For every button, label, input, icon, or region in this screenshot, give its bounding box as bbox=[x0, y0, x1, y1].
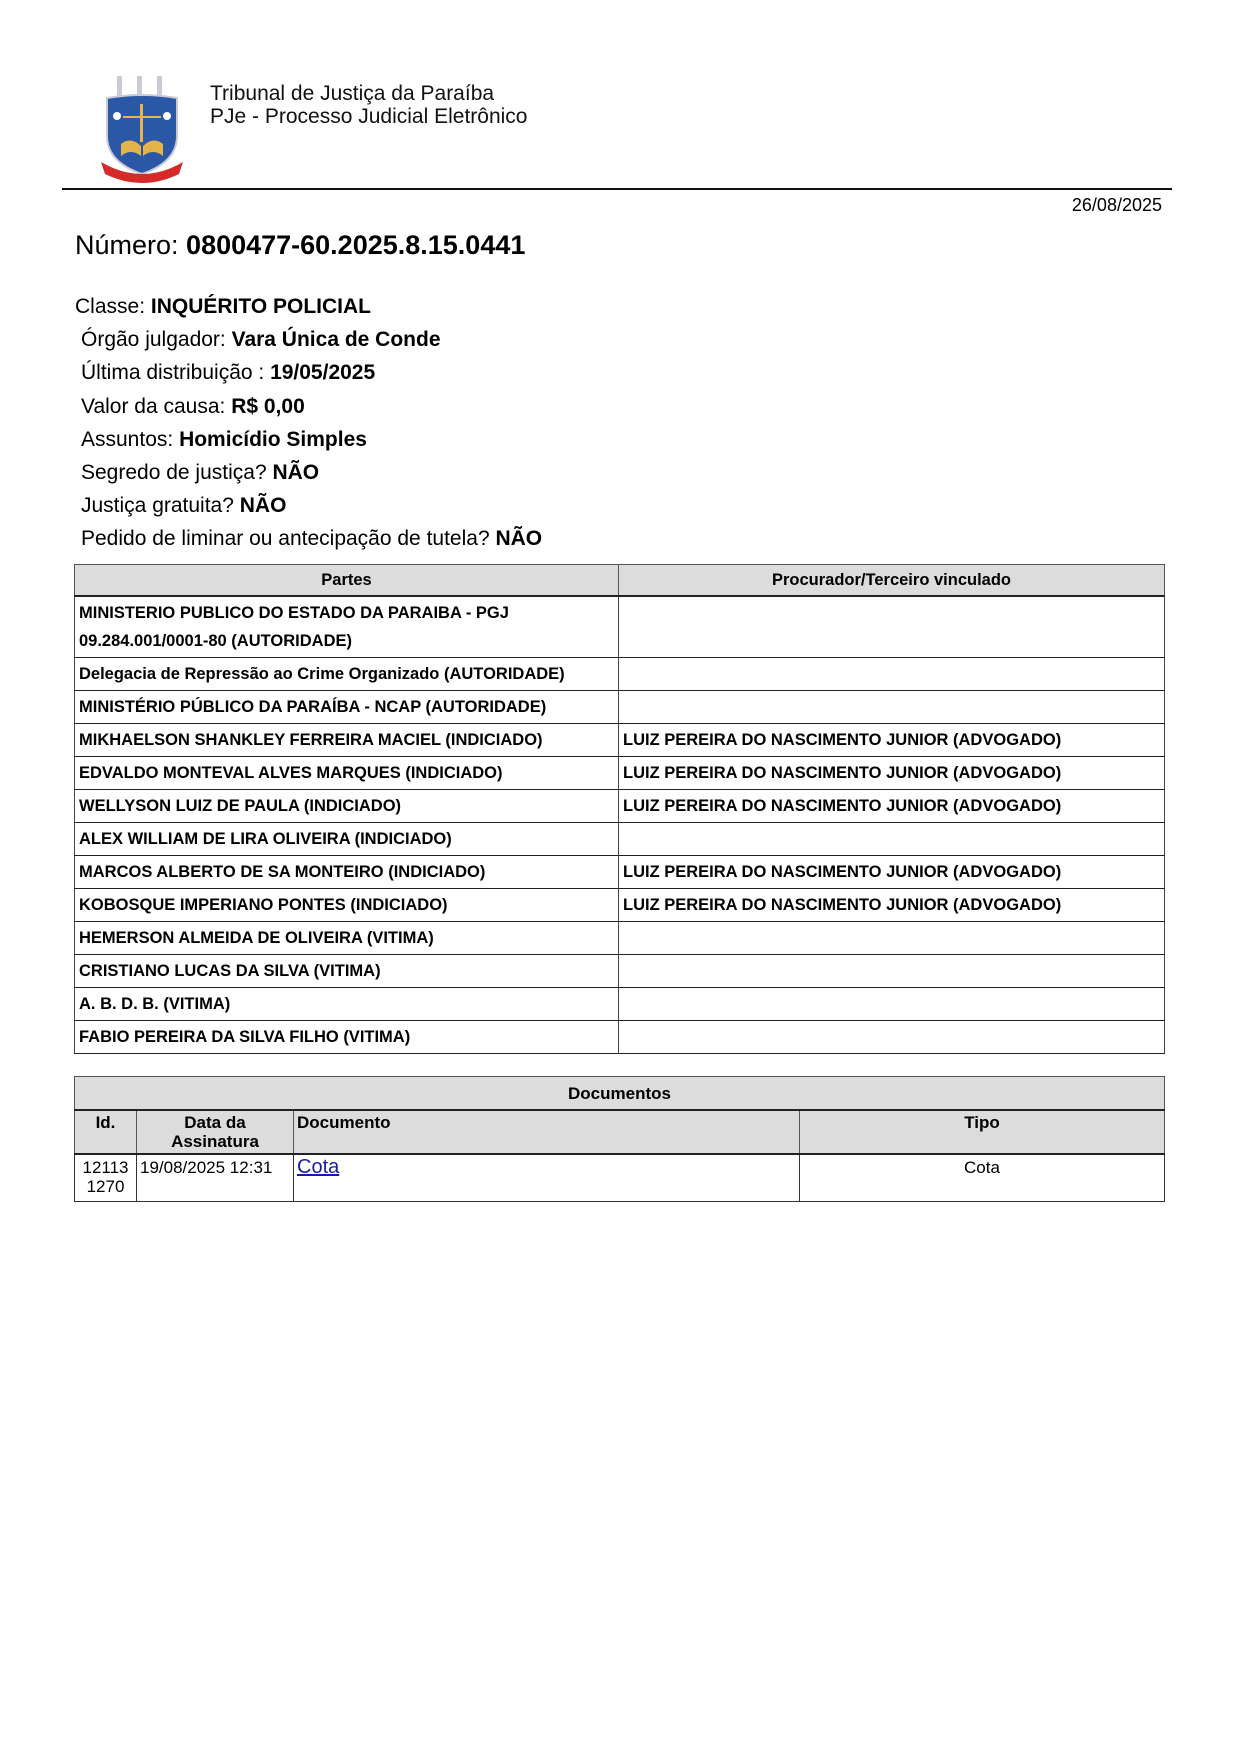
partes-row: ALEX WILLIAM DE LIRA OLIVEIRA (INDICIADO… bbox=[75, 823, 1165, 856]
field-label: Justiça gratuita? bbox=[81, 494, 240, 517]
field-valor-causa: Valor da causa: R$ 0,00 bbox=[75, 390, 542, 423]
field-value: NÃO bbox=[495, 527, 542, 550]
process-number: Número: 0800477-60.2025.8.15.0441 bbox=[75, 230, 525, 261]
process-fields: Classe: INQUÉRITO POLICIAL Órgão julgado… bbox=[75, 290, 542, 556]
field-value: NÃO bbox=[272, 461, 319, 484]
parte-name: CRISTIANO LUCAS DA SILVA (VITIMA) bbox=[75, 955, 619, 988]
partes-row: FABIO PEREIRA DA SILVA FILHO (VITIMA) bbox=[75, 1021, 1165, 1054]
header-partes: Partes bbox=[75, 565, 619, 597]
parte-name: A. B. D. B. (VITIMA) bbox=[75, 988, 619, 1021]
field-pedido-liminar: Pedido de liminar ou antecipação de tute… bbox=[75, 522, 542, 555]
parte-name: FABIO PEREIRA DA SILVA FILHO (VITIMA) bbox=[75, 1021, 619, 1054]
partes-row: A. B. D. B. (VITIMA) bbox=[75, 988, 1165, 1021]
field-value: NÃO bbox=[240, 494, 287, 517]
procurador-name bbox=[619, 988, 1165, 1021]
field-ultima-distribuicao: Última distribuição : 19/05/2025 bbox=[75, 356, 542, 389]
header-id: Id. bbox=[75, 1110, 137, 1154]
partes-row: MINISTÉRIO PÚBLICO DA PARAÍBA - NCAP (AU… bbox=[75, 691, 1165, 724]
header-data-assinatura: Data da Assinatura bbox=[137, 1110, 294, 1154]
procurador-name bbox=[619, 823, 1165, 856]
field-value: Homicídio Simples bbox=[179, 428, 367, 451]
partes-header-row: Partes Procurador/Terceiro vinculado bbox=[75, 565, 1165, 597]
field-label: Pedido de liminar ou antecipação de tute… bbox=[81, 527, 495, 550]
parte-name: MINISTÉRIO PÚBLICO DA PARAÍBA - NCAP (AU… bbox=[75, 691, 619, 724]
print-date: 26/08/2025 bbox=[1072, 195, 1162, 216]
partes-table: Partes Procurador/Terceiro vinculado MIN… bbox=[74, 564, 1165, 1054]
partes-row: EDVALDO MONTEVAL ALVES MARQUES (INDICIAD… bbox=[75, 757, 1165, 790]
header-tipo: Tipo bbox=[800, 1110, 1165, 1154]
procurador-name bbox=[619, 596, 1165, 658]
numero-value: 0800477-60.2025.8.15.0441 bbox=[186, 230, 525, 260]
field-orgao-julgador: Órgão julgador: Vara Única de Conde bbox=[75, 323, 542, 356]
field-value: INQUÉRITO POLICIAL bbox=[151, 295, 371, 318]
partes-row: CRISTIANO LUCAS DA SILVA (VITIMA) bbox=[75, 955, 1165, 988]
parte-name: ALEX WILLIAM DE LIRA OLIVEIRA (INDICIADO… bbox=[75, 823, 619, 856]
field-value: 19/05/2025 bbox=[270, 361, 375, 384]
numero-label: Número: bbox=[75, 230, 179, 260]
field-label: Segredo de justiça? bbox=[81, 461, 272, 484]
parte-name: EDVALDO MONTEVAL ALVES MARQUES (INDICIAD… bbox=[75, 757, 619, 790]
system-name: PJe - Processo Judicial Eletrônico bbox=[210, 105, 527, 128]
field-assuntos: Assuntos: Homicídio Simples bbox=[75, 423, 542, 456]
documento-row: 121131270 19/08/2025 12:31 Cota Cota bbox=[75, 1154, 1165, 1202]
procurador-name: LUIZ PEREIRA DO NASCIMENTO JUNIOR (ADVOG… bbox=[619, 889, 1165, 922]
field-label: Órgão julgador: bbox=[81, 328, 232, 351]
partes-row: MARCOS ALBERTO DE SA MONTEIRO (INDICIADO… bbox=[75, 856, 1165, 889]
partes-row: MINISTERIO PUBLICO DO ESTADO DA PARAIBA … bbox=[75, 596, 1165, 658]
parte-name: KOBOSQUE IMPERIANO PONTES (INDICIADO) bbox=[75, 889, 619, 922]
procurador-name bbox=[619, 955, 1165, 988]
field-label: Assuntos: bbox=[81, 428, 179, 451]
partes-row: KOBOSQUE IMPERIANO PONTES (INDICIADO)LUI… bbox=[75, 889, 1165, 922]
field-label: Classe: bbox=[75, 295, 151, 318]
documento-id: 121131270 bbox=[75, 1154, 137, 1202]
partes-row: Delegacia de Repressão ao Crime Organiza… bbox=[75, 658, 1165, 691]
documento-data: 19/08/2025 12:31 bbox=[137, 1154, 294, 1202]
partes-row: MIKHAELSON SHANKLEY FERREIRA MACIEL (IND… bbox=[75, 724, 1165, 757]
procurador-name bbox=[619, 922, 1165, 955]
header-documento: Documento bbox=[294, 1110, 800, 1154]
parte-name: HEMERSON ALMEIDA DE OLIVEIRA (VITIMA) bbox=[75, 922, 619, 955]
documento-cell: Cota bbox=[294, 1154, 800, 1202]
documentos-title: Documentos bbox=[75, 1077, 1165, 1111]
field-label: Última distribuição : bbox=[81, 361, 270, 384]
field-value: R$ 0,00 bbox=[231, 395, 305, 418]
document-header: Tribunal de Justiça da Paraíba PJe - Pro… bbox=[62, 70, 1172, 190]
parte-name: Delegacia de Repressão ao Crime Organiza… bbox=[75, 658, 619, 691]
procurador-name bbox=[619, 658, 1165, 691]
parte-name: MIKHAELSON SHANKLEY FERREIRA MACIEL (IND… bbox=[75, 724, 619, 757]
procurador-name bbox=[619, 1021, 1165, 1054]
court-logo-icon bbox=[99, 74, 185, 184]
parte-name: MINISTERIO PUBLICO DO ESTADO DA PARAIBA … bbox=[75, 596, 619, 658]
field-classe: Classe: INQUÉRITO POLICIAL bbox=[75, 290, 542, 323]
procurador-name bbox=[619, 691, 1165, 724]
documentos-header-row: Id. Data da Assinatura Documento Tipo bbox=[75, 1110, 1165, 1154]
procurador-name: LUIZ PEREIRA DO NASCIMENTO JUNIOR (ADVOG… bbox=[619, 856, 1165, 889]
procurador-name: LUIZ PEREIRA DO NASCIMENTO JUNIOR (ADVOG… bbox=[619, 790, 1165, 823]
partes-row: WELLYSON LUIZ DE PAULA (INDICIADO)LUIZ P… bbox=[75, 790, 1165, 823]
field-justica-gratuita: Justiça gratuita? NÃO bbox=[75, 489, 542, 522]
documentos-title-row: Documentos bbox=[75, 1077, 1165, 1111]
header-procurador: Procurador/Terceiro vinculado bbox=[619, 565, 1165, 597]
documento-link[interactable]: Cota bbox=[297, 1156, 339, 1178]
documento-tipo: Cota bbox=[800, 1154, 1165, 1202]
parte-name: WELLYSON LUIZ DE PAULA (INDICIADO) bbox=[75, 790, 619, 823]
procurador-name: LUIZ PEREIRA DO NASCIMENTO JUNIOR (ADVOG… bbox=[619, 757, 1165, 790]
field-segredo-justica: Segredo de justiça? NÃO bbox=[75, 456, 542, 489]
parte-name: MARCOS ALBERTO DE SA MONTEIRO (INDICIADO… bbox=[75, 856, 619, 889]
court-name: Tribunal de Justiça da Paraíba bbox=[210, 82, 527, 105]
documentos-table: Documentos Id. Data da Assinatura Docume… bbox=[74, 1076, 1165, 1202]
partes-row: HEMERSON ALMEIDA DE OLIVEIRA (VITIMA) bbox=[75, 922, 1165, 955]
field-value: Vara Única de Conde bbox=[232, 328, 441, 351]
field-label: Valor da causa: bbox=[81, 395, 231, 418]
procurador-name: LUIZ PEREIRA DO NASCIMENTO JUNIOR (ADVOG… bbox=[619, 724, 1165, 757]
